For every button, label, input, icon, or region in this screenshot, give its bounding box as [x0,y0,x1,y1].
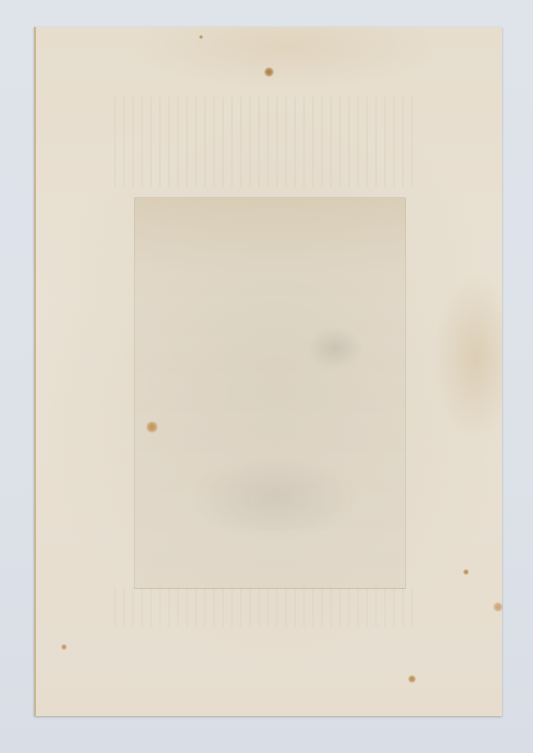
foxing-spot [146,421,158,433]
bleed-through-caption [114,587,414,627]
aged-paper-sheet [34,27,502,716]
foxing-spot [493,602,503,612]
foxing-spot [61,644,67,650]
foxing-spot [264,67,274,77]
bleed-through-text-lines [114,97,414,187]
foxing-spot [408,675,416,683]
bleed-through-engraving [134,197,406,589]
foxing-spot [199,35,203,39]
foxing-spot [463,569,469,575]
